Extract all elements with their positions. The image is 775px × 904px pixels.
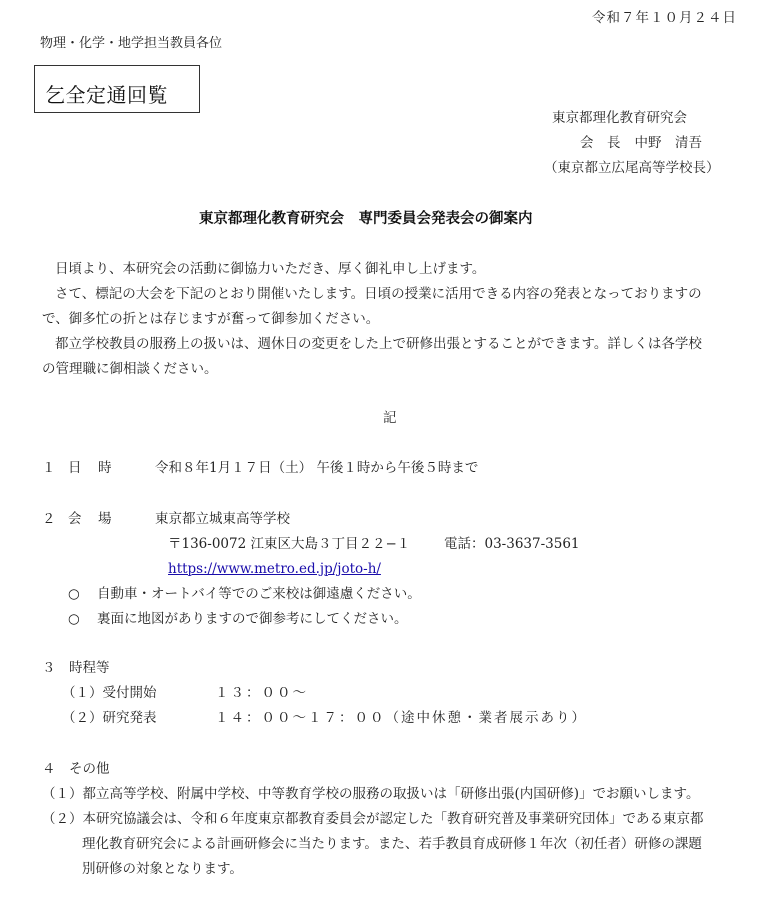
section-1-label-b: 時 bbox=[98, 462, 112, 476]
other-item-2-cont-1: 理化教育研究会による計画研修会に当たります。また、若手教員育成研修１年次（初任者… bbox=[82, 838, 702, 852]
section-1-number: １ bbox=[42, 462, 56, 476]
addressee: 物理・化学・地学担当教員各位 bbox=[40, 37, 222, 50]
sender-president: 会 長中野 清吾 bbox=[580, 137, 716, 151]
schedule-item-2-time: １４：００～１７：００（途中休憩・業者展示あり） bbox=[215, 712, 587, 726]
president-title: 会 長 bbox=[580, 135, 621, 151]
body-paragraph-1: 日頃より、本研究会の活動に御協力いただき、厚く御礼申し上げます。 bbox=[55, 263, 485, 277]
section-2-number: ２ bbox=[42, 513, 56, 527]
sender-organization: 東京都理化教育研究会 bbox=[552, 112, 687, 126]
circulation-stamp-box: 乞全定通回覧 bbox=[34, 65, 200, 113]
section-1-label-a: 日 bbox=[68, 462, 82, 476]
schedule-item-1-time: １３：００～ bbox=[215, 687, 308, 701]
circle-bullet-icon: ○ bbox=[68, 588, 80, 602]
venue-note-2: 裏面に地図がありますので御参考にしてください。 bbox=[97, 613, 408, 627]
venue-address: 〒136-0072 江東区大島３丁目２２−１ bbox=[168, 538, 410, 552]
document-title: 東京都理化教育研究会 専門委員会発表会の御案内 bbox=[199, 212, 533, 227]
ki-heading: 記 bbox=[383, 412, 397, 426]
sender-affiliation: （東京都立広尾高等学校長） bbox=[544, 162, 720, 176]
circulation-stamp-text: 乞全定通回覧 bbox=[45, 79, 168, 108]
schedule-item-2-label: （２）研究発表 bbox=[62, 712, 157, 726]
body-paragraph-2-cont: で、御多忙の折とは存じますが奮って御参加ください。 bbox=[42, 313, 379, 327]
section-2-label-b: 場 bbox=[98, 513, 112, 527]
body-paragraph-2: さて、標記の大会を下記のとおり開催いたします。日頃の授業に活用できる内容の発表と… bbox=[55, 288, 702, 302]
other-item-2: （２）本研究協議会は、令和６年度東京都教育委員会が認定した「教育研究普及事業研究… bbox=[42, 813, 704, 827]
section-2-label-a: 会 bbox=[68, 513, 82, 527]
event-datetime: 令和８年1月１７日（土） 午後１時から午後５時まで bbox=[155, 462, 478, 476]
body-paragraph-3-cont: の管理職に御相談ください。 bbox=[42, 363, 218, 377]
venue-name: 東京都立城東高等学校 bbox=[155, 513, 290, 527]
section-3-heading: ３ 時程等 bbox=[42, 662, 110, 676]
section-4-heading: ４ その他 bbox=[42, 763, 110, 777]
other-item-2-cont-2: 別研修の対象となります。 bbox=[82, 863, 243, 877]
document-date: 令和７年１０月２４日 bbox=[592, 12, 737, 26]
venue-note-1: 自動車・オートバイ等でのご来校は御遠慮ください。 bbox=[97, 588, 421, 602]
body-paragraph-3: 都立学校教員の服務上の扱いは、週休日の変更をした上で研修出張とすることができます… bbox=[55, 338, 702, 352]
schedule-item-1-label: （１）受付開始 bbox=[62, 687, 157, 701]
venue-phone: 電話：03-3637-3561 bbox=[444, 538, 580, 552]
other-item-1: （１）都立高等学校、附属中学校、中等教育学校の服務の取扱いは「研修出張(内国研修… bbox=[42, 788, 699, 802]
venue-url-link[interactable]: https://www.metro.ed.jp/joto-h/ bbox=[168, 563, 381, 577]
president-name: 中野 清吾 bbox=[635, 135, 703, 151]
circle-bullet-icon: ○ bbox=[68, 613, 80, 627]
